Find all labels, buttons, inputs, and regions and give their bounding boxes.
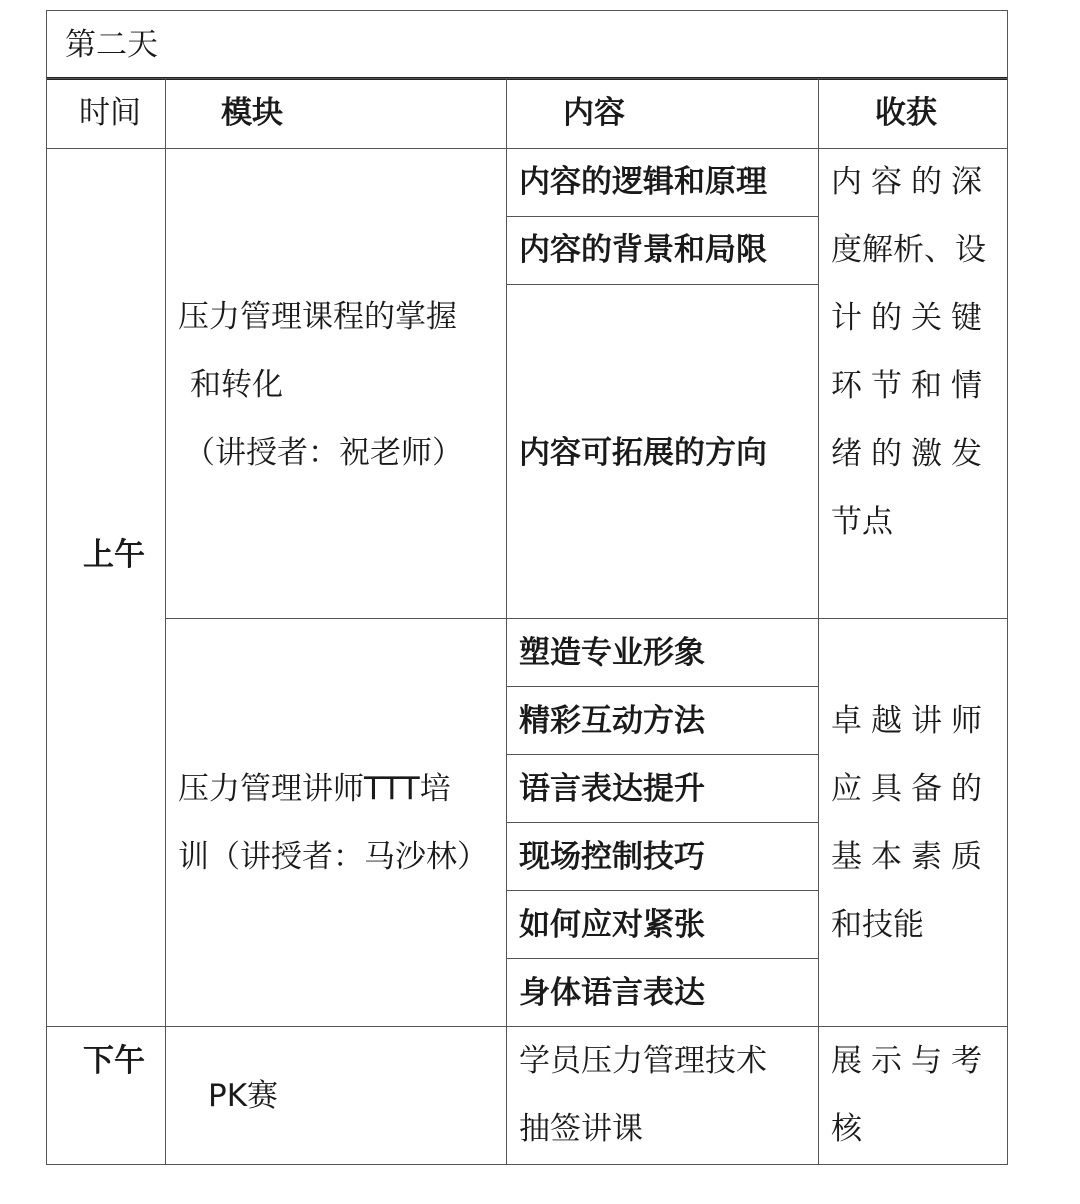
morning-time-cell: 上午 — [46, 148, 166, 1027]
content-cell: 身体语言表达 — [506, 958, 819, 1027]
afternoon-content-cell: 学员压力管理技术 抽签讲课 — [506, 1026, 819, 1165]
content-cell: 精彩互动方法 — [506, 686, 819, 755]
content-cell: 内容可拓展的方向 — [506, 284, 819, 619]
content-cell: 语言表达提升 — [506, 754, 819, 823]
header-module: 模块 — [165, 78, 507, 149]
header-content: 内容 — [506, 78, 819, 149]
module-cell-1: 压力管理课程的掌握 和转化 （讲授者：祝老师） — [165, 148, 507, 619]
content-cell: 现场控制技巧 — [506, 822, 819, 891]
afternoon-module-cell: PK赛 — [165, 1026, 507, 1165]
header-gain: 收获 — [818, 78, 1008, 149]
content-cell: 内容的逻辑和原理 — [506, 148, 819, 217]
afternoon-label: 下午 — [83, 1027, 145, 1095]
gain-cell-2: 卓越讲师 应具备的 基本素质 和技能 — [818, 618, 1008, 1027]
day-title: 第二天 — [65, 11, 158, 79]
title-row: 第二天 — [46, 10, 1008, 80]
afternoon-gain-cell: 展示与考 核 — [818, 1026, 1008, 1165]
module-cell-2: 压力管理讲师TTT培 训（讲授者：马沙林） — [165, 618, 507, 1027]
content-cell: 如何应对紧张 — [506, 890, 819, 959]
header-time: 时间 — [46, 78, 166, 149]
schedule-table: 第二天 时间 模块 内容 收获 上午 压力管理课程的掌握 和转化 （讲授者：祝老… — [46, 10, 1008, 1164]
content-cell: 内容的背景和局限 — [506, 216, 819, 285]
gain-cell-1: 内容的深 度解析、设 计的关键 环节和情 绪的激发 节点 — [818, 148, 1008, 619]
morning-label: 上午 — [83, 521, 145, 589]
content-cell: 塑造专业形象 — [506, 618, 819, 687]
afternoon-time-cell: 下午 — [46, 1026, 166, 1165]
